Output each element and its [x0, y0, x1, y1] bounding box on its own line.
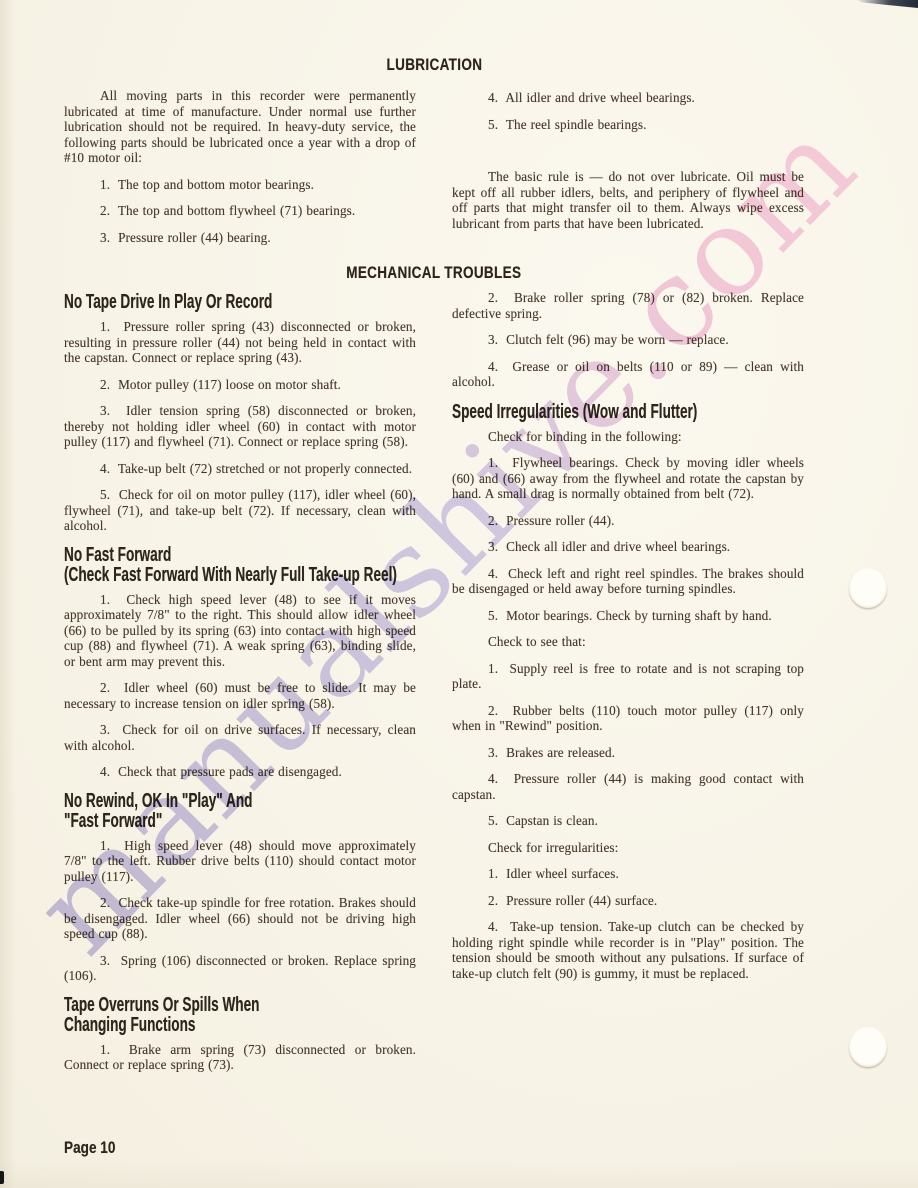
- lubrication-left-column: All moving parts in this recorder were p…: [64, 88, 416, 256]
- trouble-item: 2. Motor pulley (117) loose on motor sha…: [64, 377, 416, 393]
- trouble-item: 2. Idler wheel (60) must be free to slid…: [64, 680, 416, 711]
- hole-punch: [849, 1027, 887, 1067]
- trouble-item: 3. Idler tension spring (58) disconnecte…: [64, 403, 416, 450]
- trouble-item: 1. Brake arm spring (73) disconnected or…: [64, 1042, 416, 1073]
- check-item: 2. Pressure roller (44).: [452, 513, 804, 529]
- trouble-item: 3. Check for oil on drive surfaces. If n…: [64, 722, 416, 753]
- section-title-line: No Fast Forward: [64, 545, 303, 565]
- trouble-item: 1. High speed lever (48) should move app…: [64, 838, 416, 885]
- check-item: 1. Supply reel is free to rotate and is …: [452, 661, 804, 692]
- lubrication-item: 3. Pressure roller (44) bearing.: [64, 230, 416, 246]
- check-item: 5. Capstan is clean.: [452, 813, 804, 829]
- scan-artifact-edge: [0, 1171, 4, 1184]
- section-title-no-tape-drive: No Tape Drive In Play Or Record: [64, 292, 416, 312]
- check-item: 4. Pressure roller (44) is making good c…: [452, 771, 804, 802]
- check-intro: Check for binding in the following:: [452, 429, 804, 445]
- trouble-item: 5. Check for oil on motor pulley (117), …: [64, 487, 416, 534]
- trouble-item: 4. Take-up belt (72) stretched or not pr…: [64, 461, 416, 477]
- check-item: 5. Motor bearings. Check by turning shaf…: [452, 608, 804, 624]
- check-item: 3. Check all idler and drive wheel beari…: [452, 539, 804, 555]
- check-item: 1. Flywheel bearings. Check by moving id…: [452, 455, 804, 502]
- lubrication-heading: LUBRICATION: [64, 56, 804, 75]
- mechanical-troubles-heading: MECHANICAL TROUBLES: [64, 264, 804, 283]
- trouble-item: 2. Brake roller spring (78) or (82) brok…: [452, 290, 804, 321]
- trouble-item: 4. Grease or oil on belts (110 or 89) — …: [452, 359, 804, 390]
- section-title-line: No Tape Drive In Play Or Record: [64, 292, 303, 312]
- section-title-line: (Check Fast Forward With Nearly Full Tak…: [64, 565, 303, 585]
- section-title-speed-irregularities: Speed Irregularities (Wow and Flutter): [452, 402, 804, 422]
- section-title-tape-overruns: Tape Overruns Or Spills When Changing Fu…: [64, 995, 416, 1035]
- lubrication-intro-paragraph: All moving parts in this recorder were p…: [64, 88, 416, 166]
- check-intro: Check for irregularities:: [452, 840, 804, 856]
- trouble-item: 1. Check high speed lever (48) to see if…: [64, 592, 416, 670]
- check-item: 1. Idler wheel surfaces.: [452, 866, 804, 882]
- lubrication-item: 2. The top and bottom flywheel (71) bear…: [64, 203, 416, 219]
- page-number-text: Page 10: [64, 1138, 115, 1158]
- lubrication-right-column: 4. All idler and drive wheel bearings. 5…: [452, 90, 804, 242]
- trouble-item: 3. Clutch felt (96) may be worn — replac…: [452, 332, 804, 348]
- section-title-line: Changing Functions: [64, 1015, 303, 1035]
- mechanical-right-column: 2. Brake roller spring (78) or (82) brok…: [452, 290, 804, 992]
- lubrication-item: 5. The reel spindle bearings.: [452, 117, 804, 133]
- scan-artifact-corner: [856, 0, 918, 8]
- section-title-no-fast-forward: No Fast Forward (Check Fast Forward With…: [64, 545, 416, 585]
- lubrication-heading-text: LUBRICATION: [386, 56, 482, 74]
- lubrication-item: 4. All idler and drive wheel bearings.: [452, 90, 804, 106]
- check-intro: Check to see that:: [452, 634, 804, 650]
- check-item: 4. Take-up tension. Take-up clutch can b…: [452, 919, 804, 981]
- trouble-item: 1. Pressure roller spring (43) disconnec…: [64, 319, 416, 366]
- lubrication-item: 1. The top and bottom motor bearings.: [64, 177, 416, 193]
- mechanical-left-column: No Tape Drive In Play Or Record 1. Press…: [64, 290, 416, 1084]
- scanned-manual-page: LUBRICATION All moving parts in this rec…: [0, 0, 918, 1188]
- lubrication-rule-paragraph: The basic rule is — do not over lubricat…: [452, 169, 804, 231]
- page-number: Page 10: [64, 1138, 128, 1158]
- section-title-no-rewind: No Rewind, OK In "Play" And "Fast Forwar…: [64, 791, 416, 831]
- section-title-line: "Fast Forward": [64, 811, 303, 831]
- check-item: 2. Rubber belts (110) touch motor pulley…: [452, 703, 804, 734]
- check-item: 4. Check left and right reel spindles. T…: [452, 566, 804, 597]
- section-title-line: No Rewind, OK In "Play" And: [64, 791, 303, 811]
- trouble-item: 4. Check that pressure pads are disengag…: [64, 764, 416, 780]
- trouble-item: 3. Spring (106) disconnected or broken. …: [64, 953, 416, 984]
- section-title-line: Tape Overruns Or Spills When: [64, 995, 303, 1015]
- section-title-line: Speed Irregularities (Wow and Flutter): [452, 402, 691, 422]
- hole-punch: [849, 568, 887, 608]
- check-item: 3. Brakes are released.: [452, 745, 804, 761]
- trouble-item: 2. Check take-up spindle for free rotati…: [64, 895, 416, 942]
- mechanical-troubles-heading-text: MECHANICAL TROUBLES: [346, 264, 521, 282]
- check-item: 2. Pressure roller (44) surface.: [452, 893, 804, 909]
